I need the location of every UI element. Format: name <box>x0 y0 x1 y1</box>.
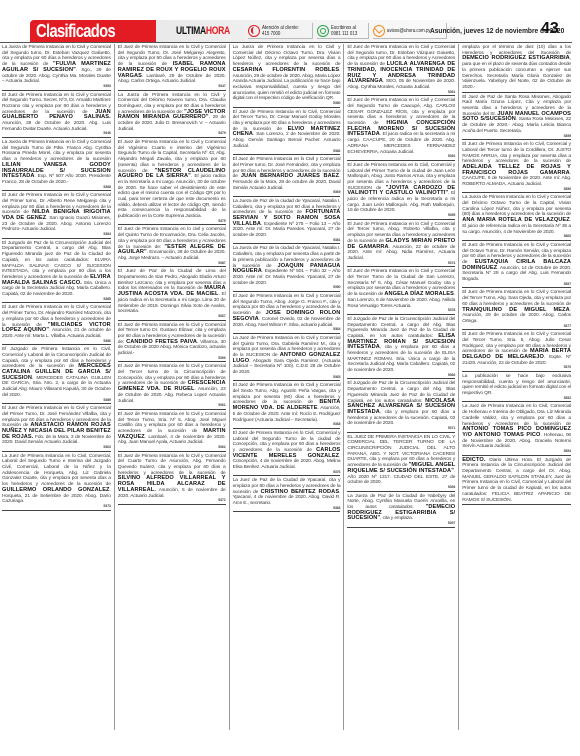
legal-notice: La publicación se hace bajo exclusiva re… <box>462 373 571 402</box>
classifieds-columns: La Jueza de Primera Instancia en lo Civi… <box>0 44 574 730</box>
notice-reference-code: 5373 <box>2 505 111 509</box>
notice-details: , cita y emplaza. <box>380 516 413 521</box>
notice-text: La Juez de Primera Instancia en lo Civil… <box>462 404 571 426</box>
legal-notice: El Juez de Primera Instancia en lo Civil… <box>118 411 226 452</box>
notice-reference-code: 5370 <box>462 366 571 370</box>
contact-phone-value: 415 7000 <box>262 31 280 37</box>
notice-reference-code: 5367 <box>118 315 226 319</box>
notice-reference-code: 5346 <box>2 132 111 136</box>
notice-text: La Jueza de Primera Instancia en lo Civi… <box>2 140 111 162</box>
notice-reference-code: 5396 <box>118 357 226 361</box>
legal-notice: El Juez de Primera Instancia en lo Civil… <box>347 44 455 96</box>
notice-reference-code: 5388 <box>2 186 111 190</box>
notice-subject-name: GUILLERMO ORLANDO GONZALEZ <box>2 487 110 493</box>
header-divider <box>0 42 572 43</box>
notice-reference-code: 5347 <box>118 85 226 89</box>
legal-notice: El Juez de Primera Instancia en lo Civil… <box>118 44 226 91</box>
legal-notice: La Juez de Paz de la Ciudad de Ypacaraí,… <box>233 477 341 512</box>
legal-notice: El Juez de Primera Instancia en lo Civil… <box>2 304 111 345</box>
legal-notice: El Juez de Primera Instancia en lo Civil… <box>118 322 226 363</box>
legal-notice: emplaza por el término de diez (10) días… <box>462 44 571 93</box>
notice-reference-code: 5378 <box>347 309 455 313</box>
notice-subject-name: CESARINA FLORENTIN ROBLES <box>233 67 340 73</box>
notice-reference-code: 5359 <box>462 135 571 139</box>
contact-email-value: avisos@uhora.com.py <box>387 28 431 34</box>
legal-notice: El Juzgado de Paz de la Circunscripción … <box>347 380 455 432</box>
newspaper-logo: ULTIMAHORA <box>176 25 217 37</box>
notice-reference-code: 5385 <box>2 298 111 302</box>
notice-reference-code: 5379 <box>118 132 226 136</box>
notice-reference-code: 5354 <box>462 450 571 454</box>
notice-reference-code: 5393 <box>2 85 111 89</box>
legal-notice: La Juez de Primera Instancia en lo Civil… <box>233 335 341 382</box>
notice-details: , para que en el plazo de sesenta días c… <box>462 56 571 90</box>
legal-notice: El Juez de Primera Instancia en lo Civil… <box>462 289 571 330</box>
notice-reference-code: 5392 <box>347 155 455 159</box>
column-2: El Juez de Primera Instancia en lo Civil… <box>115 44 230 730</box>
notice-subject-name: JUAN BERNARDO JUARES BAEZ <box>241 173 339 179</box>
legal-notice: El Juez de Primera Instancia en lo Civil… <box>233 156 341 197</box>
legal-notice: La Jueza de Primera Instancia en lo Civi… <box>2 44 111 91</box>
column-1: La Jueza de Primera Instancia en lo Civi… <box>0 44 115 730</box>
notice-reference-code: 5397 <box>347 522 455 526</box>
legal-notice: La Juez de Primera Instancia en lo Civil… <box>2 453 111 511</box>
phone-icon <box>248 25 260 37</box>
legal-notice: El Juez de Primera Instancia en lo Civil… <box>233 293 341 334</box>
notice-reference-code: 5368 <box>233 423 341 427</box>
notice-subject-name: DEMECIO RODRIGUEZ ESTIGARRIBIA <box>462 55 570 61</box>
notice-reference-code: 5386 <box>2 340 111 344</box>
contact-whatsapp-value: 0981 111 013 <box>331 31 357 37</box>
logo-part-hora: HORA <box>206 25 230 37</box>
notice-subject-name: ADELAIDA TELLEZ DE ROJAS Y FRANCISCO ROJ… <box>462 164 571 176</box>
column-5: emplaza por el término de diez (10) días… <box>459 44 574 730</box>
notice-reference-code: 5381 <box>233 239 341 243</box>
notice-reference-code: 5352 <box>462 397 571 401</box>
legal-notice: El Juez de Paz de Santa Rosa Misiones, A… <box>462 94 571 141</box>
notice-reference-code: 5389 <box>2 399 111 403</box>
notice-text: El Juez de Primera Instancia en lo Civil… <box>118 454 226 476</box>
legal-notice: El Juez de Primera Instancia en lo Civil… <box>233 382 341 429</box>
legal-notice: El Juez de Primera Instancia en lo Civil… <box>2 192 111 239</box>
legal-notice: El Juez de Primera Instancia en lo Civil… <box>462 242 571 289</box>
legal-notice: El Juez de Primera Instancia en lo Civil… <box>233 109 341 156</box>
notice-details: . Abogado Sara Ojeda Ramirez. (Actuaria … <box>233 359 341 375</box>
notice-reference-code: 5394 <box>347 486 455 490</box>
contact-whatsapp: Escribinos al 0981 111 013 <box>317 23 369 39</box>
notice-reference-code: 5377 <box>462 325 571 329</box>
page-number: 43 <box>541 20 559 38</box>
legal-notice: El Juez de Paz de la Ciudad de Lima del … <box>118 268 226 320</box>
notice-reference-code: 5366 <box>347 374 455 378</box>
legal-notice: El Juez de Primera Instancia en lo Civil… <box>462 331 571 372</box>
notice-reference-code: 5361 <box>118 404 226 408</box>
notice-reference-code: 5365 <box>233 376 341 380</box>
notice-details: . El juicio radica en la Secretaría a mi… <box>118 174 226 219</box>
notice-reference-code: 5350 <box>462 188 571 192</box>
legal-notice: La Juez de Primera Instancia en lo Civil… <box>462 403 571 455</box>
section-banner: Clasificados <box>30 20 156 42</box>
notice-text: La Juez de Primera Instancia en lo Civil… <box>2 454 111 488</box>
notice-reference-code: 5360 <box>462 235 571 239</box>
column-3: La Jueza de Primera Instancia en lo Civi… <box>230 44 345 730</box>
section-title: Clasificados <box>36 20 115 42</box>
notice-details: . Asunción, 29 de octubre de 2020. Abog.… <box>233 68 341 102</box>
notice-reference-code: 5363 <box>2 446 111 450</box>
legal-notice: La Jueza de Primera Instancia en lo Civi… <box>233 44 341 108</box>
notice-subject-name: CANDIDO FRETES PAIVA <box>126 339 197 345</box>
legal-notice: La Jueza de Paz de la ciudad de Ypacaraí… <box>233 198 341 245</box>
notice-reference-code: 5371 <box>347 427 455 431</box>
notice-details: Diario Última Hora. El Juzgado de Primer… <box>462 458 571 503</box>
notice-reference-code: 5369 <box>233 191 341 195</box>
logo-part-ultima: ULTIMA <box>176 25 206 37</box>
column-4: El Juez de Primera Instancia en lo Civil… <box>344 44 459 730</box>
legal-notice: El Juzgado de Paz de la Circunscripción … <box>2 240 111 304</box>
notice-text: El Juez de Primera Instancia en lo Civil… <box>462 142 571 164</box>
legal-notice: La Jueza de Primera Instancia en lo Civi… <box>462 194 571 241</box>
whatsapp-icon <box>317 25 329 37</box>
notice-text: El Juez de Primera Instancia en lo Civil… <box>462 290 571 306</box>
notice-reference-code: 5357 <box>462 283 571 287</box>
contact-phone: Atención al cliente: 415 7000 <box>248 23 313 39</box>
legal-notice: El Juez de Primera Instancia en lo Civil… <box>2 92 111 139</box>
notice-reference-code: 5383 <box>233 507 341 511</box>
notice-reference-code: 5362 <box>118 446 226 450</box>
legal-notice: El Juez de Primera Instancia en lo Civil… <box>347 221 455 268</box>
notice-reference-code: 5390 <box>233 286 341 290</box>
mail-icon <box>373 25 385 37</box>
legal-notice: El Juzgado de Paz de la Circunscripción … <box>347 316 455 380</box>
notice-subject-name: CRISTINO BENITEZ RODAS <box>261 489 340 495</box>
notice-reference-code: 5376 <box>233 471 341 475</box>
notice-details: Asunción, 28 de Octubre de 2020. Abg. Lu… <box>2 121 111 132</box>
notice-subject-name: ANGELA DÍAZ MORALES <box>384 291 454 297</box>
legal-notice: El Juzgado de Primera Instancia en lo Ci… <box>2 346 111 404</box>
legal-notice: El Juez de Primera Instancia en lo Civil… <box>462 141 571 193</box>
notice-reference-code: 5391 <box>347 91 455 95</box>
legal-notice: EL JUEZ DE PRIMERA INSTANCIA EN LO CIVIL… <box>347 434 455 492</box>
notice-subject-name: EDICTO. <box>462 457 485 463</box>
legal-notice: El Juez de Primera Instancia en lo Civil… <box>118 453 226 505</box>
notice-reference-code: 5387 <box>118 262 226 266</box>
legal-notice: El Juez de Primera Instancia en lo Civil… <box>118 363 226 410</box>
notice-reference-code: 5364 <box>233 328 341 332</box>
notice-reference-code: 5380 <box>233 102 341 106</box>
legal-notice: El Juez de Primera Instancia en lo Civil… <box>233 430 341 477</box>
legal-notice: La Jueza de Paz de la Ciudad de Yabebyry… <box>347 493 455 528</box>
notice-reference-code: 5395 <box>347 214 455 218</box>
legal-notice: El Juez de Primera Instancia en lo Civil… <box>347 268 455 315</box>
notice-text: La publicación se hace bajo exclusiva re… <box>462 374 571 396</box>
notice-reference-code: 5374 <box>347 262 455 266</box>
legal-notice: La Jueza de Paz de la ciudad de Ypacaraí… <box>233 245 341 292</box>
notice-subject-name: ANA MARIA ROTELA DE VELAZQUEZ <box>462 217 570 223</box>
notice-text: La Jueza de Primera Instancia en lo Civi… <box>233 45 341 67</box>
legal-notice: La Jueza de Primera Instancia en lo Civi… <box>118 92 226 139</box>
legal-notice: El Juez de Primera Instancia en lo Civil… <box>347 162 455 220</box>
notice-reference-code: 5375 <box>118 220 226 224</box>
notice-text: La Jueza de Primera Instancia en lo Civi… <box>462 195 571 217</box>
notice-text: emplaza por el término de diez (10) días… <box>462 45 571 56</box>
notice-reference-code: 5382 <box>233 150 341 154</box>
legal-notice: La Jueza de Primera Instancia en lo Civi… <box>2 139 111 191</box>
legal-notice: El Juez de Primera Instancia en lo Civil… <box>347 97 455 161</box>
notice-reference-code: 5384 <box>2 233 111 237</box>
legal-notice: El Juez de Primera Instancia en lo Civil… <box>2 405 111 452</box>
legal-notice: El Juez de Primera Instancia en lo civil… <box>118 226 226 267</box>
notice-reference-code: 5372 <box>118 499 226 503</box>
legal-notice: El Juez de Primera Instancia en lo Civil… <box>118 139 226 225</box>
legal-notice: EDICTO. Diario Última Hora. El Juzgado d… <box>462 457 571 506</box>
notice-subject-name: TRANQUILINO DE MIGUEL MEZA <box>462 307 570 313</box>
